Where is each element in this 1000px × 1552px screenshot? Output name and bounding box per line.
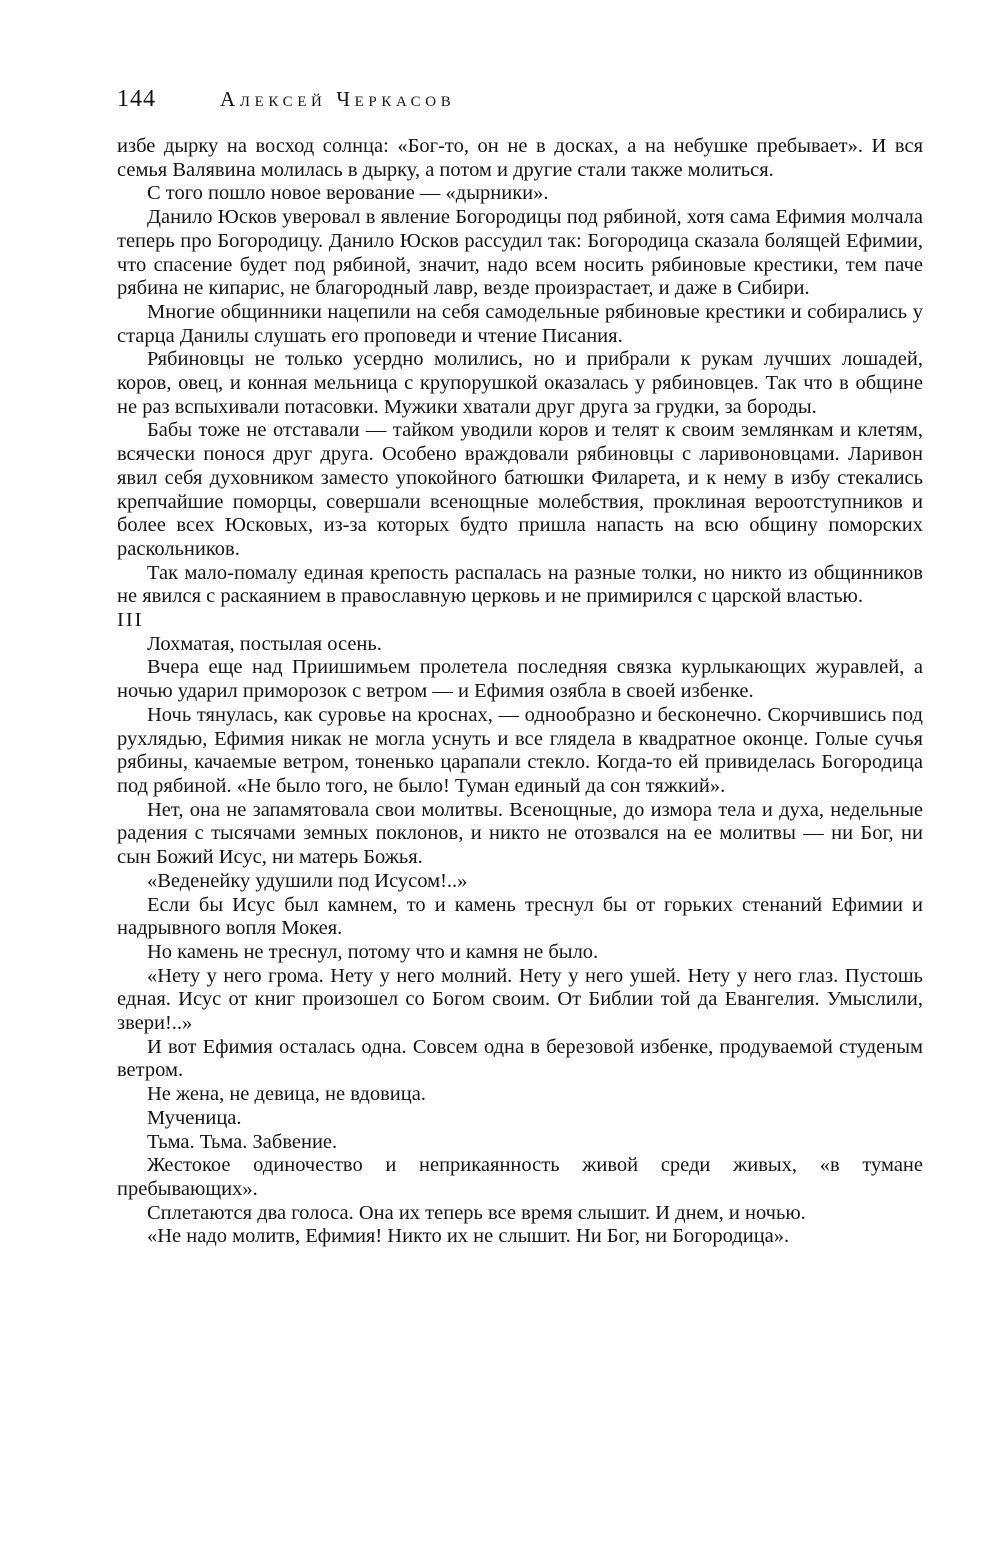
paragraph: Мученица.: [117, 1107, 923, 1131]
section-heading: III: [117, 609, 923, 633]
paragraph: «Нету у него грома. Нету у него молний. …: [117, 965, 923, 1036]
paragraph: Но камень не треснул, потому что и камня…: [117, 941, 923, 965]
paragraph: Не жена, не девица, не вдовица.: [117, 1083, 923, 1107]
page-number: 144: [117, 86, 156, 113]
paragraph: Ночь тянулась, как суровье на кроснах, —…: [117, 704, 923, 799]
paragraph: Лохматая, постылая осень.: [117, 633, 923, 657]
paragraph: Если бы Исус был камнем, то и камень тре…: [117, 894, 923, 941]
paragraph: избе дырку на восход солнца: «Бог-то, он…: [117, 135, 923, 182]
body-text: избе дырку на восход солнца: «Бог-то, он…: [117, 135, 923, 1249]
paragraph: «Веденейку удушили под Исусом!..»: [117, 870, 923, 894]
book-page: 144 Алексей Черкасов избе дырку на восхо…: [0, 0, 1000, 1552]
page-header: 144 Алексей Черкасов: [117, 86, 923, 113]
paragraph: С того пошло новое верование — «дырники»…: [117, 182, 923, 206]
paragraph: Данило Юсков уверовал в явление Богороди…: [117, 206, 923, 301]
running-head: Алексей Черкасов: [220, 87, 455, 112]
paragraph: Бабы тоже не отставали — тайком уводили …: [117, 419, 923, 561]
text-column: 144 Алексей Черкасов избе дырку на восхо…: [117, 86, 923, 1249]
paragraph: Так мало-помалу единая крепость распалас…: [117, 562, 923, 609]
paragraph: Вчера еще над Приишимьем пролетела после…: [117, 656, 923, 703]
paragraph: Многие общинники нацепили на себя самоде…: [117, 301, 923, 348]
paragraph: «Не надо молитв, Ефимия! Никто их не слы…: [117, 1225, 923, 1249]
paragraph: И вот Ефимия осталась одна. Совсем одна …: [117, 1036, 923, 1083]
paragraph: Сплетаются два голоса. Она их теперь все…: [117, 1202, 923, 1226]
paragraph: Жестокое одиночество и неприкаянность жи…: [117, 1154, 923, 1201]
paragraph: Рябиновцы не только усердно молились, но…: [117, 348, 923, 419]
paragraph: Нет, она не запамятовала свои молитвы. В…: [117, 799, 923, 870]
paragraph: Тьма. Тьма. Забвение.: [117, 1131, 923, 1155]
